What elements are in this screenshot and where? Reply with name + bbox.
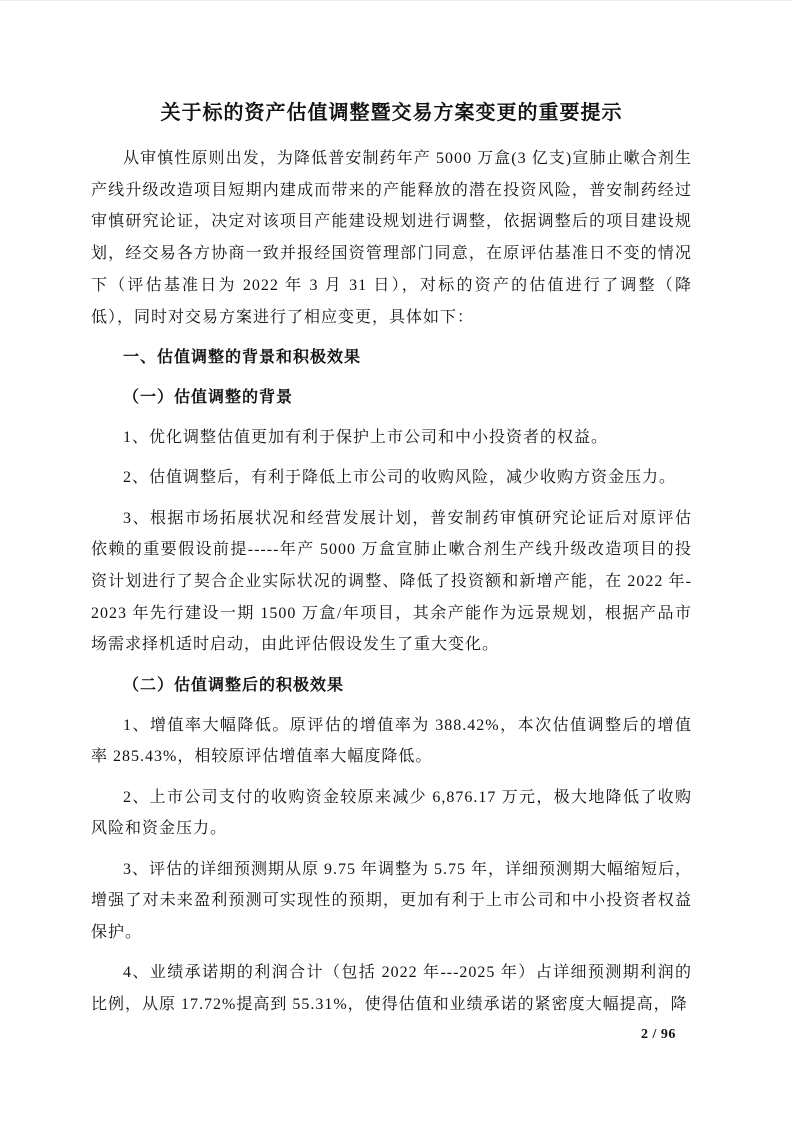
page-number: 2 / 96 [641,1027,676,1043]
heading-subsection-2-positive-effects: （二）估值调整后的积极效果 [91,670,692,702]
paragraph-effect-item-2: 2、上市公司支付的收购资金较原来减少 6,876.17 万元，极大地降低了收购风… [91,782,692,845]
heading-section-1: 一、估值调整的背景和积极效果 [91,342,692,374]
paragraph-effect-item-1: 1、增值率大幅降低。原评估的增值率为 388.42%，本次估值调整后的增值率 2… [91,710,692,773]
paragraph-background-item-3: 3、根据市场拓展状况和经营发展计划，普安制药审慎研究论证后对原评估依赖的重要假设… [91,503,692,662]
document-content: 关于标的资产估值调整暨交易方案变更的重要提示 从审慎性原则出发，为降低普安制药年… [91,95,692,1029]
paragraph-background-item-1: 1、优化调整估值更加有利于保护上市公司和中小投资者的权益。 [91,422,692,454]
paragraph-intro: 从审慎性原则出发，为降低普安制药年产 5000 万盒(3 亿支)宣肺止嗽合剂生产… [91,143,692,333]
heading-subsection-1-background: （一）估值调整的背景 [91,382,692,414]
paragraph-effect-item-3: 3、评估的详细预测期从原 9.75 年调整为 5.75 年，详细预测期大幅缩短后… [91,854,692,949]
paragraph-effect-item-4: 4、业绩承诺期的利润合计（包括 2022 年---2025 年）占详细预测期利润… [91,957,692,1020]
document-title: 关于标的资产估值调整暨交易方案变更的重要提示 [91,95,692,131]
paragraph-background-item-2: 2、估值调整后，有利于降低上市公司的收购风险，减少收购方资金压力。 [91,462,692,494]
document-page: 关于标的资产估值调整暨交易方案变更的重要提示 从审慎性原则出发，为降低普安制药年… [0,0,793,1122]
